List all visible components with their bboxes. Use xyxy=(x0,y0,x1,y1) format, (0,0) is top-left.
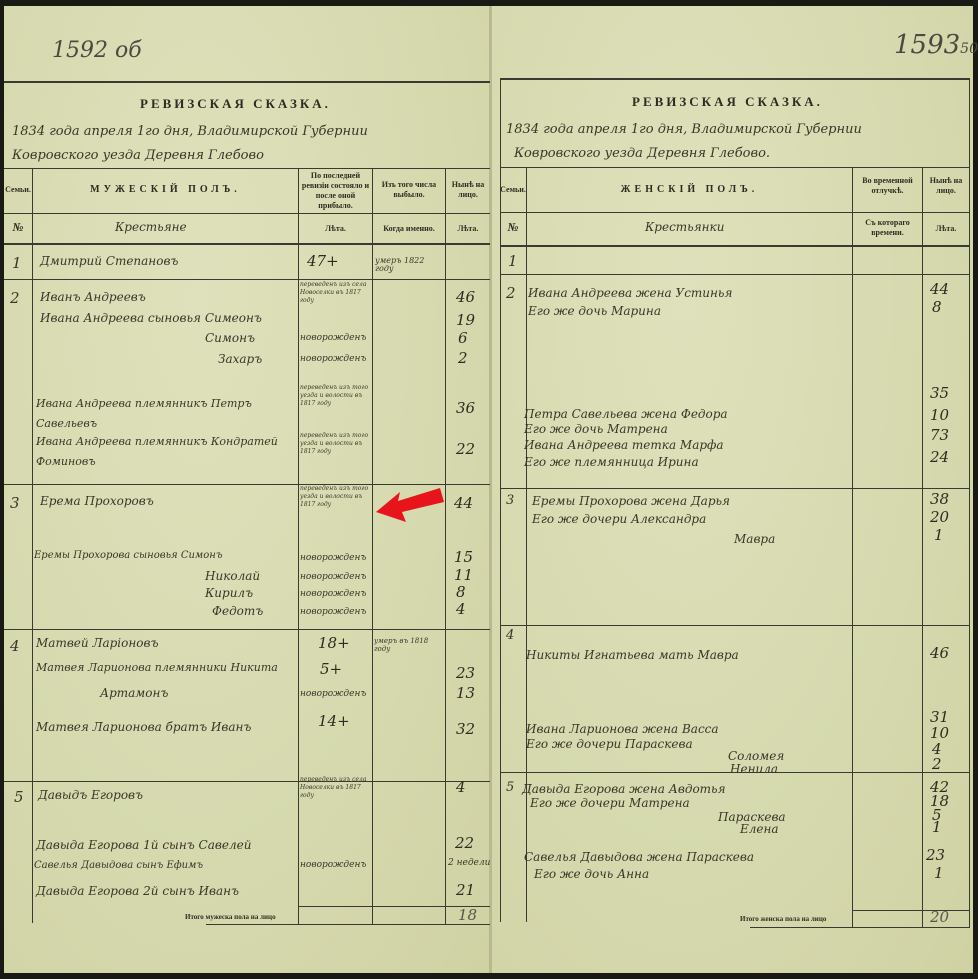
right-folio-suffix: 50 xyxy=(960,41,978,57)
right-row-divider-1 xyxy=(500,274,970,275)
right-col-absent xyxy=(852,167,853,927)
left-age: 2 xyxy=(458,349,468,367)
left-age: 2 недели xyxy=(448,858,490,868)
right-name: Ивана Андреева тетка Марфа xyxy=(524,438,724,452)
right-age: 8 xyxy=(932,298,942,316)
right-folio-main: 1593 xyxy=(894,30,960,60)
left-header-bottom xyxy=(4,243,490,245)
right-hdr-present: Нынѣ на лицо. xyxy=(923,176,969,196)
left-age: 22 xyxy=(456,440,475,458)
left-heading-line1: 1834 года апреля 1го дня, Владимирской Г… xyxy=(12,124,368,139)
left-col-family xyxy=(32,168,33,923)
left-sub-years2: Лѣта. xyxy=(446,224,490,234)
right-family-no-1: 1 xyxy=(508,252,518,270)
right-name: Соломея xyxy=(728,749,784,763)
right-name: Давыда Егорова жена Авдотья xyxy=(522,782,726,796)
right-footer-label: Итого женска пола на лицо xyxy=(740,915,826,923)
left-col-dropped xyxy=(372,168,373,925)
left-age: 6 xyxy=(458,329,468,347)
left-family-no-2: 2 xyxy=(10,289,20,307)
right-family-no-3: 3 xyxy=(506,493,514,508)
left-age: 11 xyxy=(454,566,473,584)
left-hdr-lastrev: По последней ревизіи состояло и после он… xyxy=(299,171,372,211)
left-name: Иванъ Андреевъ xyxy=(40,290,146,304)
left-lastrev: новорожденъ xyxy=(300,607,366,617)
left-age: 36 xyxy=(456,399,475,417)
right-name: Его же дочь Матрена xyxy=(524,422,668,436)
left-lastrev: 5+ xyxy=(320,660,342,678)
right-family-no-5: 5 xyxy=(506,780,514,795)
left-hdr-section: МУЖЕСКІЙ ПОЛЪ. xyxy=(33,185,298,195)
left-name: Кирилъ xyxy=(205,586,253,600)
left-lastrev-note: переведенъ изъ села Новоселки въ 1817 го… xyxy=(300,281,370,305)
right-footer-top xyxy=(852,910,970,911)
left-name: Ерема Прохоровъ xyxy=(40,494,154,508)
right-heading-line1: 1834 года апреля 1го дня, Владимирской Г… xyxy=(506,122,862,137)
left-top-rule xyxy=(4,81,490,83)
left-name: Ивана Андреева сыновья Симеонъ xyxy=(40,311,262,325)
left-sub-no: № xyxy=(4,222,32,232)
left-lastrev: новорожденъ xyxy=(300,354,366,364)
left-hdr-present: Нынѣ на лицо. xyxy=(446,180,490,200)
left-sub-class: Крестьяне xyxy=(115,220,187,234)
right-row-divider-3 xyxy=(500,625,970,626)
left-family-no-5: 5 xyxy=(14,788,24,806)
right-name: Его же племянница Ирина xyxy=(524,455,699,469)
right-name: Его же дочь Марина xyxy=(528,304,661,318)
left-sub-when: Когда именно. xyxy=(373,224,445,234)
left-age: 15 xyxy=(454,548,473,566)
left-title: РЕВИЗСКАЯ СКАЗКА. xyxy=(140,96,331,112)
right-age: 38 xyxy=(930,490,949,508)
left-family-no-1: 1 xyxy=(12,254,22,272)
right-age: 73 xyxy=(930,426,949,444)
left-name: Давыда Егорова 2й сынъ Иванъ xyxy=(36,884,239,898)
left-lastrev: 47+ xyxy=(307,252,339,270)
right-name: Ивана Ларионова жена Васса xyxy=(526,722,719,736)
left-lastrev-note: переведенъ изъ того уезда и волости въ 1… xyxy=(300,485,370,509)
left-name: Еремы Прохорова сыновья Симонъ xyxy=(34,550,223,561)
right-name: Елена xyxy=(740,822,779,836)
left-lastrev: новорожденъ xyxy=(300,860,366,870)
right-footer-total: 20 xyxy=(930,908,949,926)
left-footer-bottom xyxy=(206,924,490,925)
left-name: Давыдъ Егоровъ xyxy=(38,788,143,802)
right-age: 24 xyxy=(930,448,949,466)
left-dropped-note: умеръ 1822 году xyxy=(375,257,445,273)
right-col-family xyxy=(526,167,527,922)
right-col-present xyxy=(922,167,923,927)
right-name: Его же дочери Параскева xyxy=(526,737,693,751)
left-name: Савелья Давыдова сынъ Ефимъ xyxy=(34,860,203,871)
right-sub-no: № xyxy=(500,222,526,232)
right-header-top xyxy=(500,167,970,168)
left-age: 4 xyxy=(456,778,466,796)
right-age: 1 xyxy=(932,818,942,836)
right-name: Еремы Прохорова жена Дарья xyxy=(532,494,730,508)
left-name: Николай xyxy=(205,569,260,583)
left-header-top xyxy=(4,168,490,169)
right-name: Ивана Андреева жена Устинья xyxy=(528,286,732,300)
left-row-divider-4 xyxy=(4,781,490,782)
left-lastrev: 14+ xyxy=(318,712,350,730)
left-lastrev: новорожденъ xyxy=(300,589,366,599)
left-lastrev: новорожденъ xyxy=(300,572,366,582)
right-sub-since: Съ котораго времени. xyxy=(853,218,922,238)
right-name: Петра Савельева жена Федора xyxy=(524,407,728,421)
left-name: Матвея Ларионова племянники Никита xyxy=(36,658,294,678)
right-frame-right xyxy=(969,167,970,927)
right-age: 35 xyxy=(930,384,949,402)
left-age: 13 xyxy=(456,684,475,702)
left-age: 8 xyxy=(456,583,466,601)
right-hdr-absent: Во временной отлучкѣ. xyxy=(853,176,922,196)
right-header-bottom xyxy=(500,245,970,247)
right-age: 2 xyxy=(932,755,942,773)
right-footer-bottom xyxy=(750,927,970,928)
left-name: Ивана Андреева племянникъ Кондратей Фоми… xyxy=(36,432,294,472)
left-name: Артамонъ xyxy=(100,686,168,700)
right-name: Никиты Игнатьева мать Мавра xyxy=(526,648,739,662)
right-hdr-family: Семьи. xyxy=(500,185,526,195)
right-row-divider-2 xyxy=(500,488,970,489)
left-lastrev-note: переведенъ изъ села Новоселки въ 1817 го… xyxy=(300,776,370,800)
left-age: 19 xyxy=(456,311,475,329)
left-name: Матвея Ларионова братъ Иванъ xyxy=(36,720,251,734)
right-heading-line2: Ковровского уезда Деревня Глебово. xyxy=(514,146,770,161)
left-heading-line2: Ковровского уезда Деревня Глебово xyxy=(12,148,264,163)
right-name: Савелья Давыдова жена Параскева xyxy=(524,850,754,864)
left-row-divider-1 xyxy=(4,279,490,280)
right-age: 23 xyxy=(926,846,945,864)
left-lastrev: новорожденъ xyxy=(300,333,366,343)
right-family-no-4: 4 xyxy=(506,628,514,643)
left-lastrev: новорожденъ xyxy=(300,689,366,699)
left-header-mid xyxy=(4,213,490,214)
left-age: 22 xyxy=(455,834,474,852)
right-sub-years: Лѣта. xyxy=(923,224,969,234)
right-age: 1 xyxy=(934,526,944,544)
right-age: 10 xyxy=(930,406,949,424)
left-age: 32 xyxy=(456,720,475,738)
right-folio-number: 159350 xyxy=(894,30,978,60)
right-name: Его же дочери Александра xyxy=(532,512,706,526)
left-name: Давыда Егорова 1й сынъ Савелей xyxy=(36,838,251,852)
left-folio-number: 1592 об xyxy=(52,38,142,63)
right-title: РЕВИЗСКАЯ СКАЗКА. xyxy=(632,94,823,110)
right-age: 20 xyxy=(930,508,949,526)
left-name: Дмитрий Степановъ xyxy=(40,254,178,268)
left-col-lastrev xyxy=(298,168,299,925)
left-sub-years: Лѣта. xyxy=(299,224,372,234)
left-name: Ивана Андреева племянникъ Петръ Савельев… xyxy=(36,394,294,434)
left-row-divider-3 xyxy=(4,629,490,630)
left-name: Матвей Ларіоновъ xyxy=(36,636,158,650)
left-hdr-dropped: Изъ того числа выбыло. xyxy=(373,180,445,200)
right-age: 44 xyxy=(930,280,949,298)
left-age: 21 xyxy=(456,881,475,899)
right-age: 46 xyxy=(930,644,949,662)
right-hdr-section: ЖЕНСКІЙ ПОЛЪ. xyxy=(527,185,852,195)
right-family-no-2: 2 xyxy=(506,284,516,302)
left-family-no-4: 4 xyxy=(10,637,20,655)
book-spine xyxy=(489,6,492,973)
right-sub-class: Крестьянки xyxy=(645,220,724,234)
left-name: Захаръ xyxy=(218,352,262,366)
right-age: 1 xyxy=(934,864,944,882)
right-name: Ненила xyxy=(730,762,778,776)
left-footer-total: 18 xyxy=(458,906,477,924)
right-header-mid xyxy=(500,212,970,213)
left-lastrev-note: переведенъ изъ того уезда и волости въ 1… xyxy=(300,384,370,408)
left-lastrev: 18+ xyxy=(318,634,350,652)
left-age: 46 xyxy=(456,288,475,306)
left-dropped-note: умеръ въ 1818 году xyxy=(374,637,444,653)
left-lastrev-note: переведенъ изъ того уезда и волости въ 1… xyxy=(300,432,370,456)
right-name: Его же дочь Анна xyxy=(534,867,649,881)
left-family-no-3: 3 xyxy=(10,494,20,512)
red-arrow-annotation xyxy=(376,484,444,524)
left-name: Федотъ xyxy=(212,604,263,618)
right-frame-left xyxy=(500,167,501,922)
left-age: 4 xyxy=(456,600,466,618)
left-col-present xyxy=(445,168,446,925)
left-age: 23 xyxy=(456,664,475,682)
right-name: Мавра xyxy=(734,532,775,546)
left-age: 44 xyxy=(454,494,473,512)
left-name: Симонъ xyxy=(205,331,255,345)
left-footer-label: Итого мужеска пола на лицо xyxy=(185,913,276,921)
left-hdr-family: Семьи. xyxy=(4,185,32,195)
right-top-rule xyxy=(500,78,970,80)
left-lastrev: новорожденъ xyxy=(300,553,366,563)
right-name: Его же дочери Матрена xyxy=(530,796,690,810)
